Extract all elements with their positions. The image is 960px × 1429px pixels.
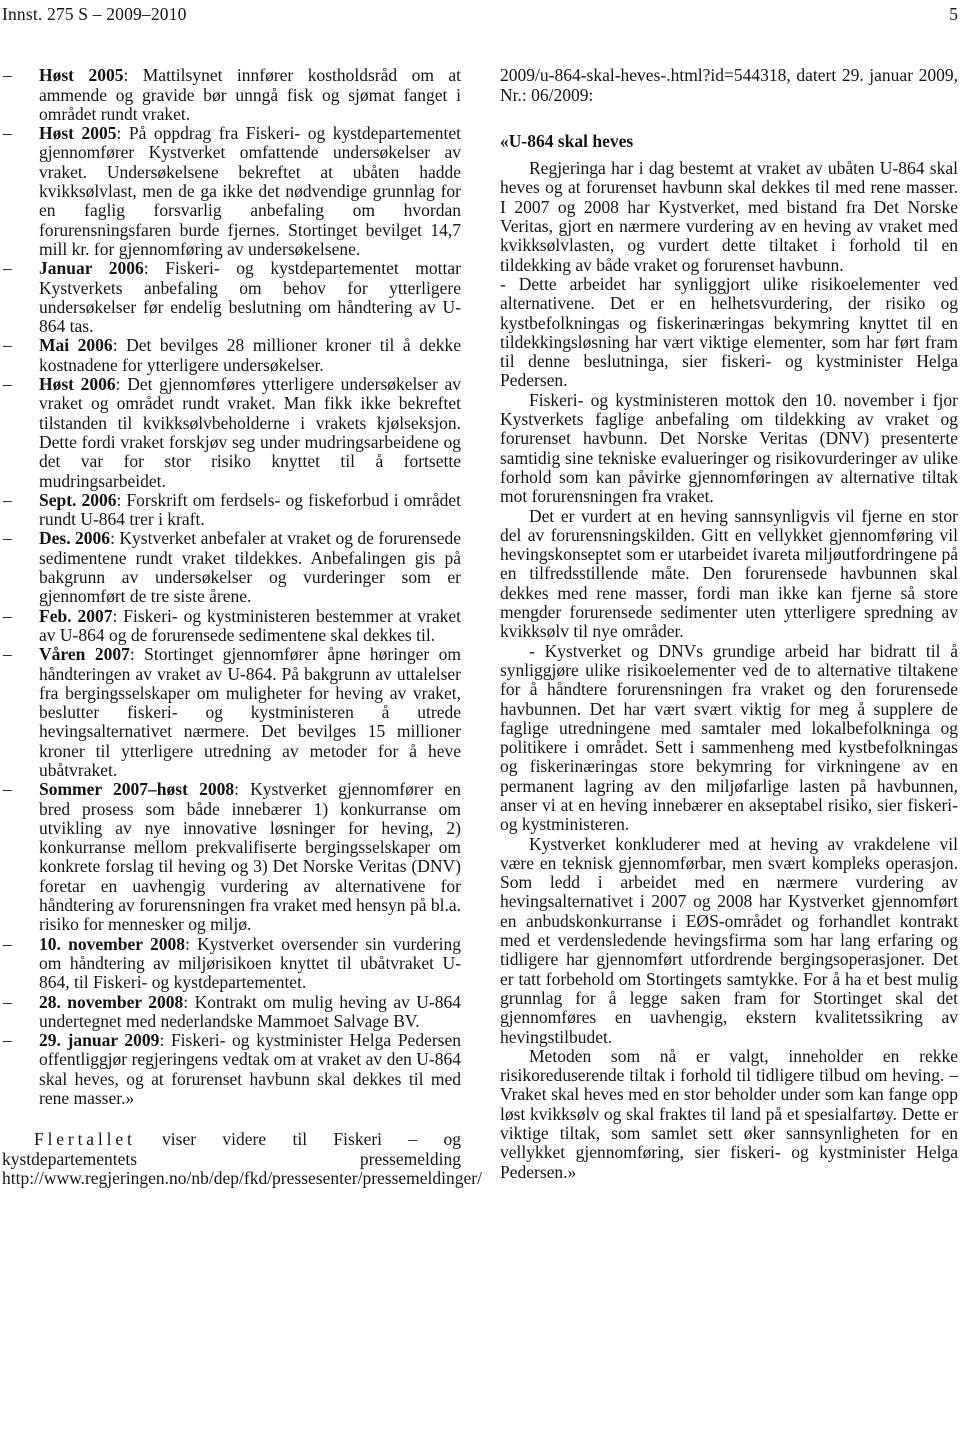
timeline-date-label: Mai 2006 (39, 335, 113, 355)
source-reference: 2009/u-864-skal-heves-.html?id=544318, d… (500, 66, 958, 105)
list-dash-marker: – (3, 375, 12, 394)
page-header: Innst. 275 S – 2009–2010 5 (2, 5, 958, 24)
timeline-item: –28. november 2008: Kontrakt om mulig he… (2, 993, 461, 1032)
timeline-item-text: : På oppdrag fra Fiskeri- og kystdeparte… (39, 123, 461, 259)
document-page: Innst. 275 S – 2009–2010 5 –Høst 2005: M… (0, 0, 960, 1429)
timeline-date-label: Sommer 2007–høst 2008 (39, 779, 234, 799)
timeline-item-text: : Kystverket gjennomfører en bred proses… (39, 779, 461, 934)
timeline-date-label: Våren 2007 (39, 644, 130, 664)
quote-paragraph: - Dette arbeidet har synliggjort ulike r… (500, 275, 958, 391)
list-dash-marker: – (3, 607, 12, 626)
list-dash-marker: – (3, 124, 12, 143)
timeline-date-label: Høst 2006 (39, 374, 116, 394)
quote-paragraph: Metoden som nå er valgt, inneholder en r… (500, 1047, 958, 1182)
timeline-item-text: : Stortinget gjennomfører åpne høringer … (39, 644, 461, 780)
closing-paragraph: Flertallet viser videre til Fiskeri – og… (2, 1130, 461, 1188)
timeline-item: –Sommer 2007–høst 2008: Kystverket gjenn… (2, 780, 461, 934)
quote-paragraph: - Kystverket og DNVs grundige arbeid har… (500, 642, 958, 835)
page-number: 5 (949, 5, 958, 24)
timeline-date-label: 29. januar 2009 (39, 1030, 159, 1050)
list-dash-marker: – (3, 336, 12, 355)
list-dash-marker: – (3, 935, 12, 954)
timeline-date-label: Des. 2006 (39, 528, 110, 548)
timeline-date-label: 28. november 2008 (39, 992, 183, 1012)
list-dash-marker: – (3, 491, 12, 510)
list-dash-marker: – (3, 529, 12, 548)
timeline-item: –Våren 2007: Stortinget gjennomfører åpn… (2, 645, 461, 780)
timeline-date-label: Høst 2005 (39, 65, 123, 85)
list-dash-marker: – (3, 66, 12, 85)
quote-paragraph: Fiskeri- og kystministeren mottok den 10… (500, 391, 958, 507)
list-dash-marker: – (3, 993, 12, 1012)
timeline-item: –Januar 2006: Fiskeri- og kystdepartemen… (2, 259, 461, 336)
list-dash-marker: – (3, 259, 12, 278)
timeline-item: –29. januar 2009: Fiskeri- og kystminist… (2, 1031, 461, 1108)
list-dash-marker: – (3, 1031, 12, 1050)
timeline-date-label: Høst 2005 (39, 123, 117, 143)
document-title: Innst. 275 S – 2009–2010 (2, 5, 187, 24)
right-column: 2009/u-864-skal-heves-.html?id=544318, d… (500, 66, 958, 1188)
left-column: –Høst 2005: Mattilsynet innfører kosthol… (2, 66, 461, 1188)
timeline-date-label: Sept. 2006 (39, 490, 117, 510)
quote-paragraph: Det er vurdert at en heving sannsynligvi… (500, 507, 958, 642)
timeline-item: –Høst 2005: Mattilsynet innfører kosthol… (2, 66, 461, 124)
timeline-item: –10. november 2008: Kystverket oversende… (2, 935, 461, 993)
list-dash-marker: – (3, 645, 12, 664)
timeline-date-label: Feb. 2007 (39, 606, 112, 626)
timeline-item: –Høst 2006: Det gjennomføres ytterligere… (2, 375, 461, 491)
quote-paragraph: Kystverket konkluderer med at heving av … (500, 835, 958, 1047)
timeline-item: –Sept. 2006: Forskrift om ferdsels- og f… (2, 491, 461, 530)
timeline-item: –Mai 2006: Det bevilges 28 millioner kro… (2, 336, 461, 375)
timeline-date-label: Januar 2006 (39, 258, 144, 278)
list-dash-marker: – (3, 780, 12, 799)
timeline-date-label: 10. november 2008 (39, 934, 185, 954)
quote-paragraph: Regjeringa har i dag bestemt at vraket a… (500, 159, 958, 275)
timeline-item: –Des. 2006: Kystverket anbefaler at vrak… (2, 529, 461, 606)
two-column-body: –Høst 2005: Mattilsynet innfører kosthol… (2, 66, 958, 1188)
quote-heading: «U-864 skal heves (500, 132, 958, 151)
closing-paragraph-lead: Flertallet (34, 1129, 136, 1149)
timeline-item: –Feb. 2007: Fiskeri- og kystministeren b… (2, 607, 461, 646)
timeline-list: –Høst 2005: Mattilsynet innfører kosthol… (2, 66, 461, 1108)
timeline-item: –Høst 2005: På oppdrag fra Fiskeri- og k… (2, 124, 461, 259)
